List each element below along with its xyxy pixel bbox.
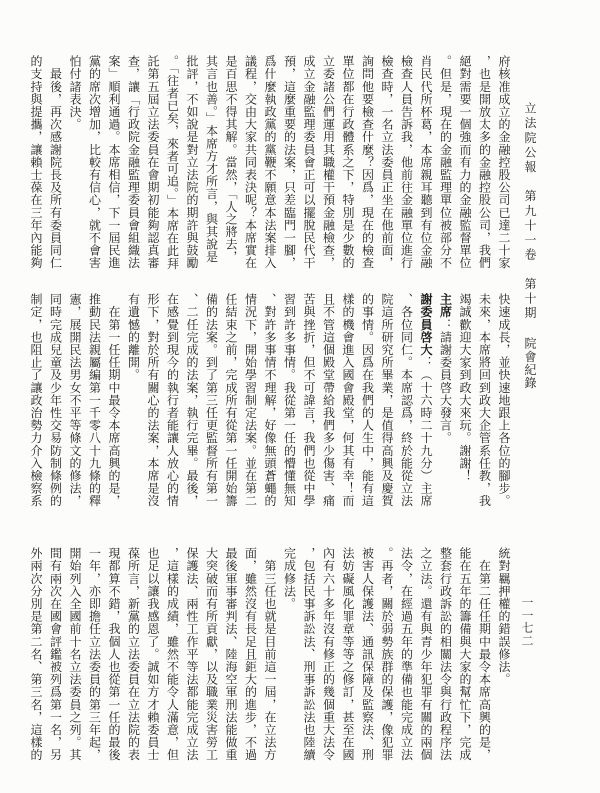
- speaker-line-chair: 主席：請謝委員啓大發言。: [435, 293, 455, 509]
- paragraph-thanks: 最後，再次感謝院長及所有委員同仁的支持與提攜，讓賴士葆在三年內能夠: [26, 55, 65, 271]
- page-number: 一一七二: [519, 596, 536, 647]
- paragraph-first-term-continued: 統對羈押權的錯誤修法。: [494, 547, 514, 763]
- tier-middle: 快速成長，並快速地跟上各位的腳步。未來，本席將回到政大企管系任教，我竭誠歡迎大家…: [8, 293, 513, 509]
- paragraph-first-term: 在第一任任期中最令本席高興的是，推動民法親屬編第一千零八十九條的釋憲，展開民法男…: [26, 293, 124, 509]
- section-label: 院會紀錄: [523, 337, 537, 390]
- speech-text-hsieh: ：（十六時二十九分）主席、各位同仁。本席認爲，終於能從立法院這所研究所畢業，是值…: [127, 293, 434, 507]
- tier-bottom: 統對羈押權的錯誤修法。 在第二任任期中最令本席高興的是，能在五年的籌備與大家的幫…: [8, 547, 513, 763]
- paragraph-thanks-continued: 快速成長，並快速地跟上各位的腳步。未來，本席將回到政大企管系任教，我竭誠歡迎大家…: [455, 293, 514, 509]
- speaker-line-hsieh: 謝委員啓大：（十六時二十九分）主席、各位同仁。本席認爲，終於能從立法院這所研究所…: [123, 293, 435, 509]
- gazette-page: 立法院公報 第九十一卷 第十期院會紀錄 一一七二 府核准成立的金融控股公司已達二…: [0, 0, 600, 793]
- content-area: 府核准成立的金融控股公司已達二十家，也是開放太多的金融控股公司，我們絕對需要一個…: [8, 0, 513, 793]
- speaker-name-hsieh: 謝委員啓大: [419, 293, 433, 356]
- speech-text-chair: ：請謝委員啓大發言。: [439, 318, 453, 444]
- speaker-name-chair: 主席: [439, 293, 453, 318]
- paragraph-continuation: 府核准成立的金融控股公司已達二十家，也是開放太多的金融控股公司，我們絕對需要一個…: [65, 55, 514, 271]
- paragraph-second-term: 在第二任任期中最令本席高興的是，能在五年的籌備與大家的幫忙下，完成整套行政訴訟的…: [279, 547, 494, 763]
- tier-top: 府核准成立的金融控股公司已達二十家，也是開放太多的金融控股公司，我們絕對需要一個…: [8, 55, 513, 271]
- gazette-running-header: 立法院公報 第九十一卷 第十期院會紀錄: [523, 102, 537, 662]
- journal-title: 立法院公報 第九十一卷 第十期: [523, 102, 537, 321]
- paragraph-third-term: 第三任也就是目前這一屆，在立法方面，雖然沒有長足且鉅大的進步，不過最後軍事審判法…: [26, 547, 280, 763]
